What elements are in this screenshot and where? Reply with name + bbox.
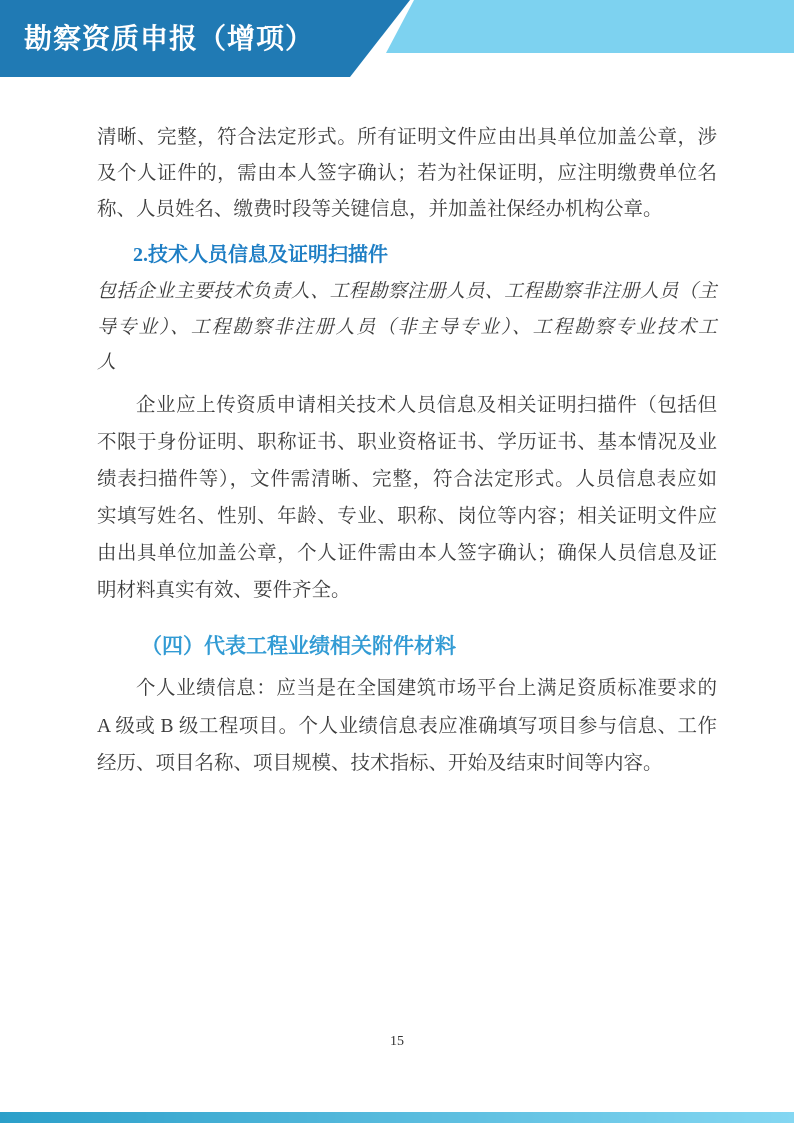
- page-title: 勘察资质申报（增项）: [24, 22, 314, 56]
- paragraph-line: 不限于身份证明、职称证书、职业资格证书、学历证书、基本情况及业: [97, 424, 717, 461]
- paragraph-italic: 包括企业主要技术负责人、工程勘察注册人员、工程勘察非注册人员（主 导专业）、工程…: [97, 274, 717, 381]
- paragraph-line: 绩表扫描件等），文件需清晰、完整，符合法定形式。人员信息表应如: [97, 461, 717, 498]
- paragraph-line: 个人业绩信息：应当是在全国建筑市场平台上满足资质标准要求的: [97, 670, 717, 708]
- page-number: 15: [0, 1033, 794, 1051]
- paragraph-line: 由出具单位加盖公章，个人证件需由本人签字确认；确保人员信息及证: [97, 535, 717, 572]
- paragraph-line: 企业应上传资质申请相关技术人员信息及相关证明扫描件（包括但: [97, 387, 717, 424]
- paragraph-line: A 级或 B 级工程项目。个人业绩信息表应准确填写项目参与信息、工作: [97, 708, 717, 746]
- section-heading-4: （四）代表工程业绩相关附件材料: [97, 634, 737, 660]
- paragraph-3: 企业应上传资质申请相关技术人员信息及相关证明扫描件（包括但 不限于身份证明、职称…: [97, 387, 717, 609]
- document-page: 勘察资质申报（增项） 清晰、完整，符合法定形式。所有证明文件应由出具单位加盖公章…: [0, 0, 794, 1123]
- paragraph-line: 实填写姓名、性别、年龄、专业、职称、岗位等内容；相关证明文件应: [97, 498, 717, 535]
- section-heading-2: 2.技术人员信息及证明扫描件: [97, 243, 717, 267]
- paragraph-line: 清晰、完整，符合法定形式。所有证明文件应由出具单位加盖公章，涉: [97, 120, 717, 156]
- paragraph-line: 明材料真实有效、要件齐全。: [97, 572, 717, 609]
- footer-accent-bar: [0, 1112, 794, 1123]
- paragraph-line: 经历、项目名称、项目规模、技术指标、开始及结束时间等内容。: [97, 745, 717, 783]
- paragraph-4: 个人业绩信息：应当是在全国建筑市场平台上满足资质标准要求的 A 级或 B 级工程…: [97, 670, 717, 783]
- paragraph-1: 清晰、完整，符合法定形式。所有证明文件应由出具单位加盖公章，涉 及个人证件的，需…: [97, 120, 717, 228]
- paragraph-line: 导专业）、工程勘察非注册人员（非主导专业）、工程勘察专业技术工: [97, 310, 717, 346]
- paragraph-line: 及个人证件的，需由本人签字确认；若为社保证明，应注明缴费单位名: [97, 156, 717, 192]
- paragraph-line: 人: [97, 345, 717, 381]
- paragraph-line: 称、人员姓名、缴费时段等关键信息，并加盖社保经办机构公章。: [97, 192, 717, 228]
- paragraph-line: 包括企业主要技术负责人、工程勘察注册人员、工程勘察非注册人员（主: [97, 274, 717, 310]
